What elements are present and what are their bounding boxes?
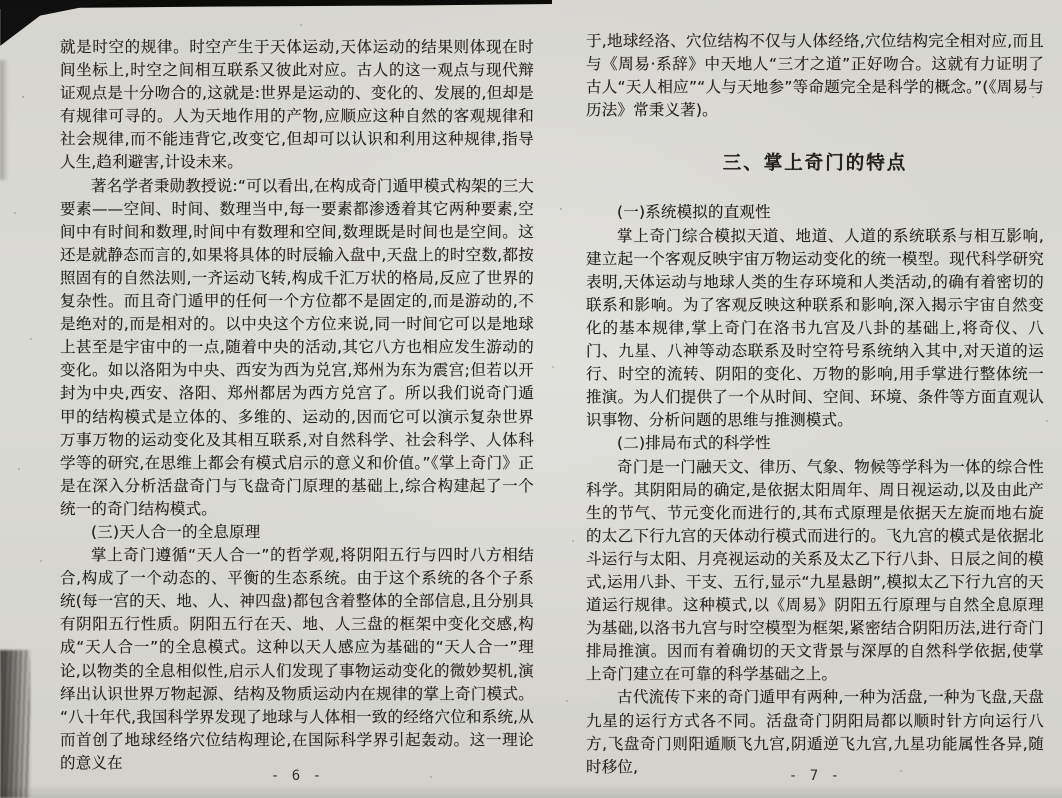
left-page: 就是时空的规律。时空产生于天体运动,天体运动的结果则体现在时间坐标上,时空之间相… [60, 36, 534, 766]
section-subheading: (二)排局布式的科学性 [586, 432, 1044, 455]
paragraph: 于,地球经洛、穴位结构不仅与人体经络,穴位结构完全相对应,而且与《周易·系辞》中… [586, 30, 1044, 122]
section-subheading: (一)系统模拟的直观性 [586, 201, 1044, 224]
paragraph: 奇门是一门融天文、律历、气象、物候等学科为一体的综合性科学。其阴阳局的确定,是依… [586, 456, 1044, 687]
scan-artifact-left-streak [0, 60, 8, 180]
paragraph: 掌上奇门遵循“天人合一”的哲学观,将阴阳五行与四时八方相结合,构成了一个动态的、… [60, 544, 534, 775]
paragraph: 掌上奇门综合模拟天道、地道、人道的系统联系与相互影响,建立起一个客观反映宇宙万物… [586, 225, 1044, 433]
scan-artifact-left-smudge [0, 650, 30, 798]
right-page: 于,地球经洛、穴位结构不仅与人体经络,穴位结构完全相对应,而且与《周易·系辞》中… [586, 30, 1044, 766]
page-number: - 7 - [586, 768, 1044, 784]
scan-artifact-bottom-shade [0, 784, 1062, 798]
section-subheading: (三)天人合一的全息原理 [60, 521, 534, 544]
scanned-page-spread: 就是时空的规律。时空产生于天体运动,天体运动的结果则体现在时间坐标上,时空之间相… [0, 0, 1062, 798]
page-number: - 6 - [60, 768, 534, 784]
paragraph: 古代流传下来的奇门遁甲有两种,一种为活盘,一种为飞盘,天盘九星的运行方式各不同。… [586, 686, 1044, 778]
scan-noise-specks [0, 0, 2, 2]
chapter-heading: 三、掌上奇门的特点 [586, 152, 1044, 175]
paragraph: 著名学者秉勋教授说:“可以看出,在构成奇门遁甲模式构架的三大要素——空间、时间、… [60, 175, 534, 521]
paragraph: 就是时空的规律。时空产生于天体运动,天体运动的结果则体现在时间坐标上,时空之间相… [60, 36, 534, 175]
